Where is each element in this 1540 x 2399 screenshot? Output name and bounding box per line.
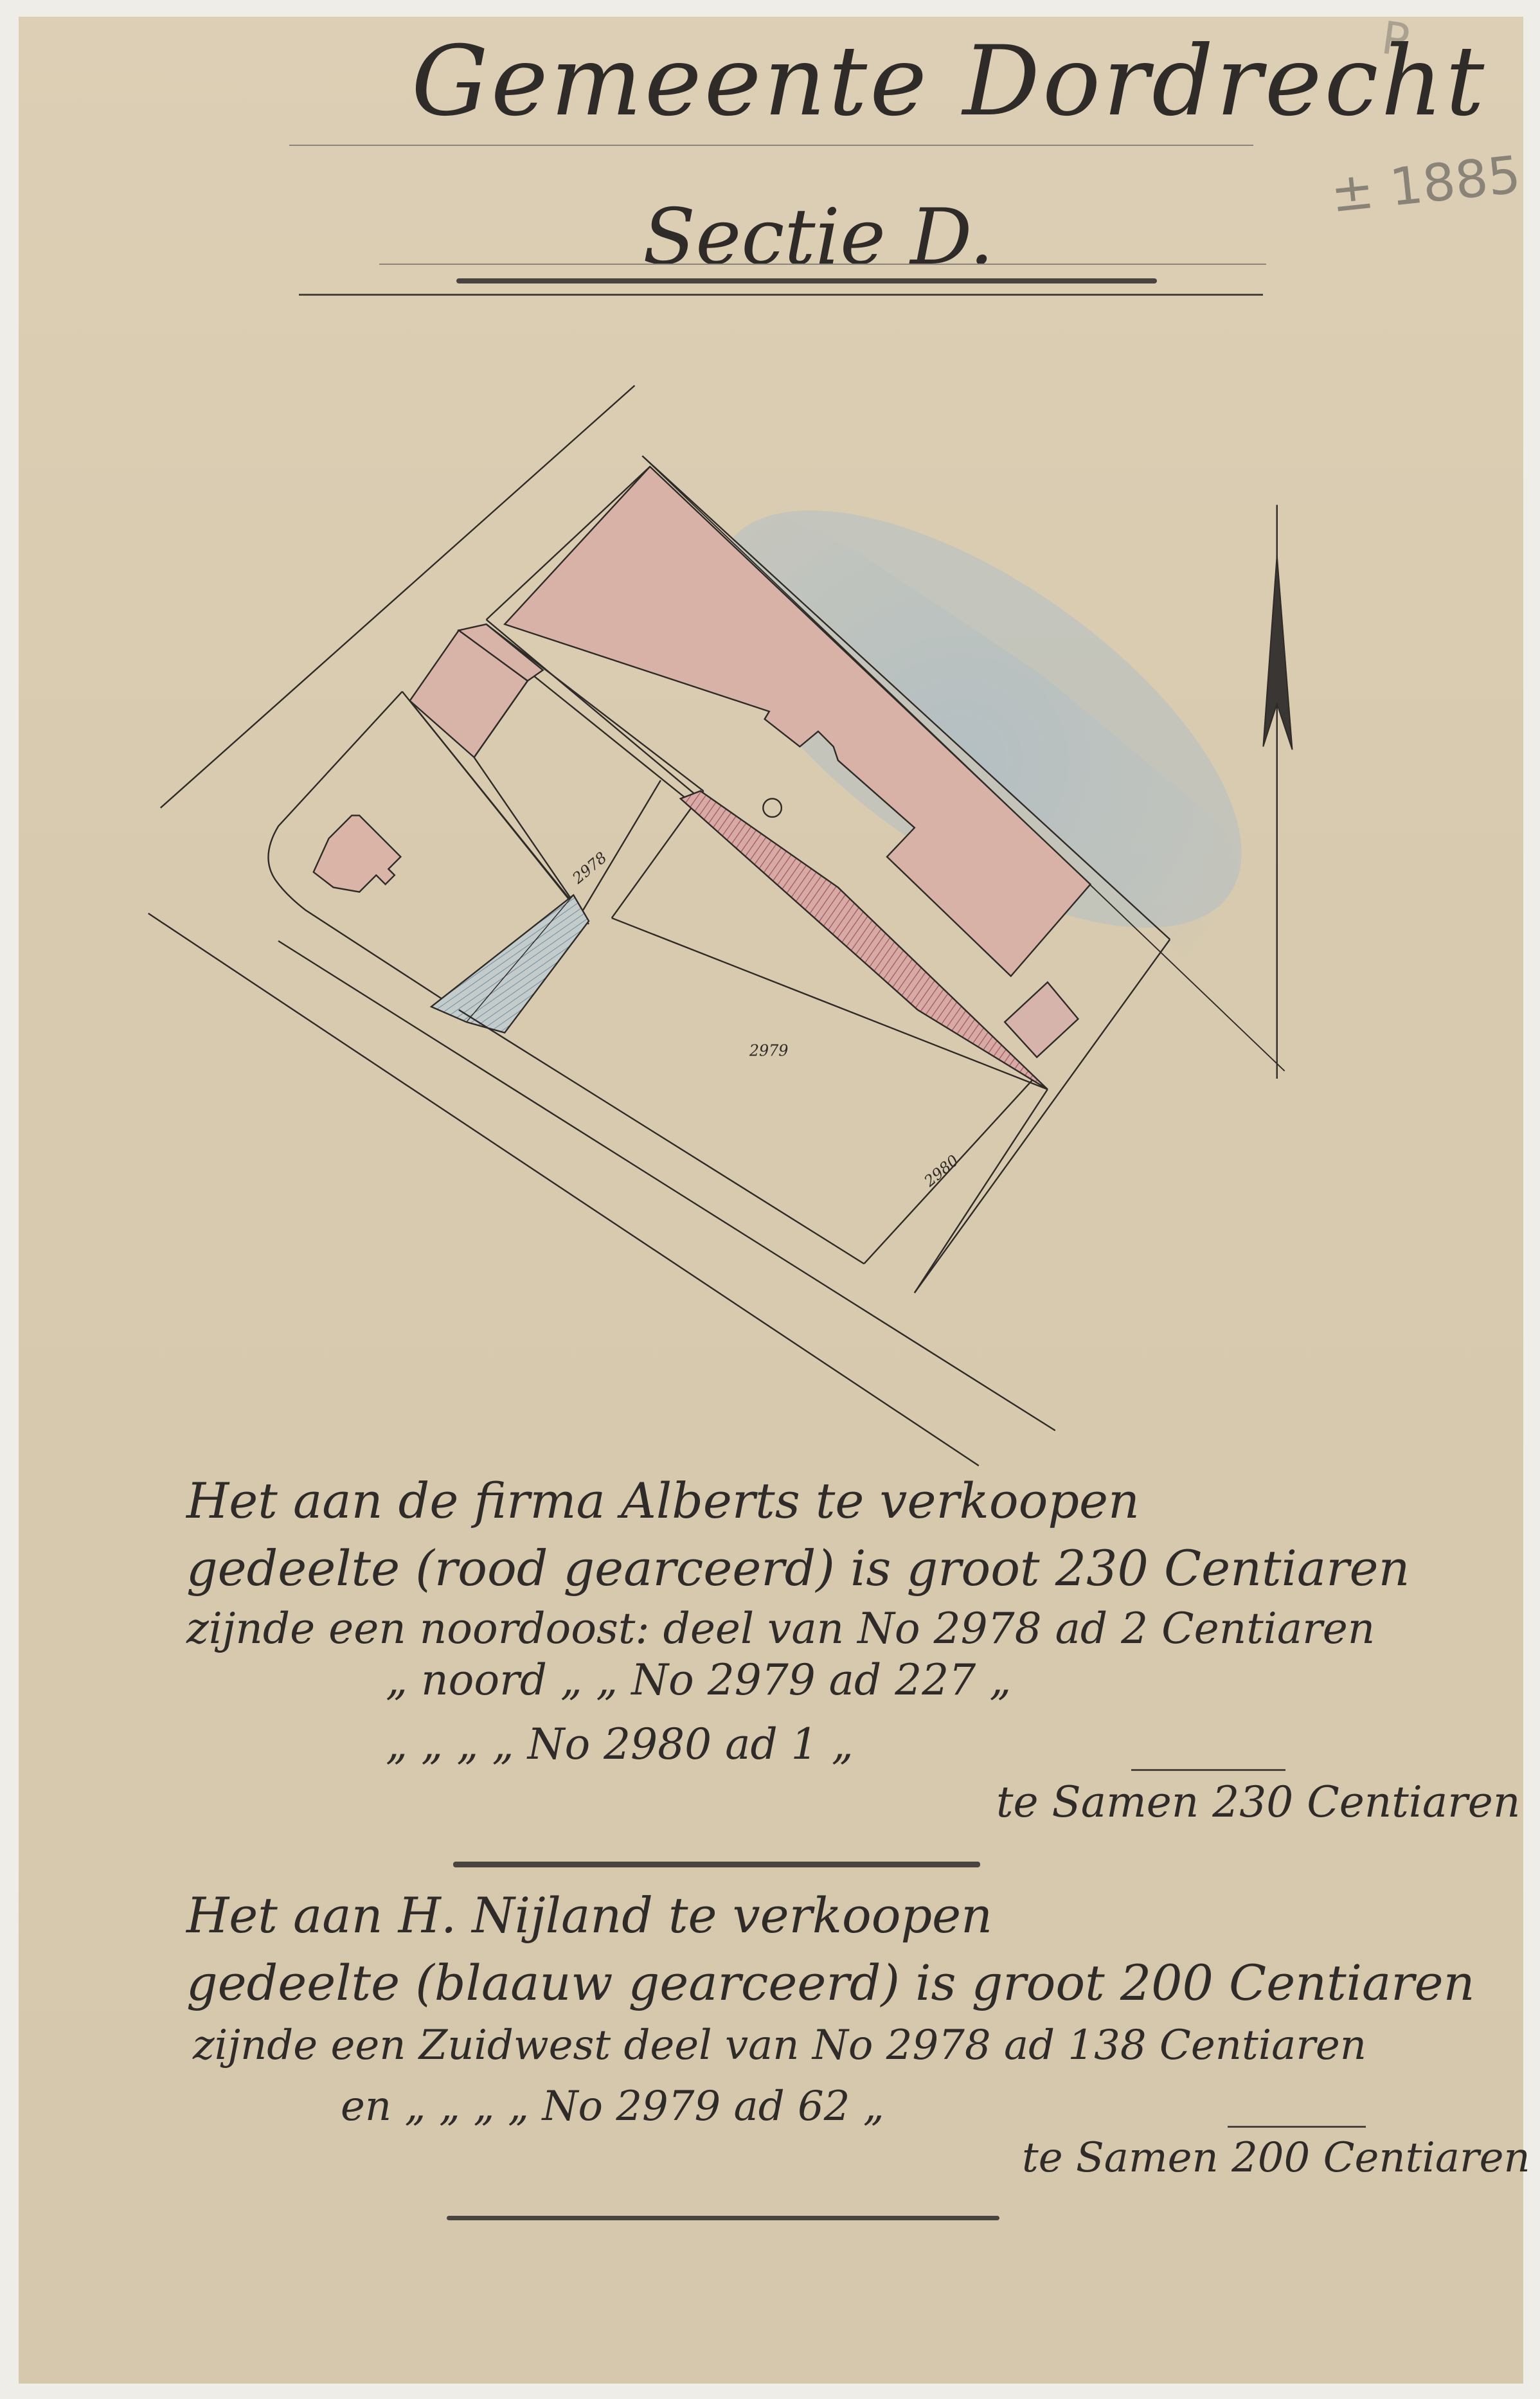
- albert-line-2: gedeelte (rood gearceerd) is groot 230 C…: [186, 1540, 1410, 1597]
- albert-line-4: „ noord „ „ No 2979 ad 227 „: [386, 1655, 1011, 1705]
- albert-sum-line: [1131, 1769, 1285, 1771]
- nijland-line-4: en „ „ „ „ No 2979 ad 62 „: [341, 2083, 884, 2130]
- section-divider-2: [447, 2216, 999, 2220]
- albert-total: te Samen 230 Centiaren: [996, 1777, 1520, 1827]
- water-wash: [642, 431, 1308, 1071]
- parcel-blue-hatched: [431, 895, 589, 1032]
- parcel-label-2978: 2978: [568, 849, 610, 888]
- house-building: [314, 816, 401, 892]
- nijland-line-3: zijnde een Zuidwest deel van No 2978 ad …: [193, 2022, 1366, 2069]
- nijland-total: te Samen 200 Centiaren: [1022, 2134, 1530, 2182]
- parcel-label-2979: 2979: [749, 1041, 789, 1059]
- section-divider-1: [453, 1862, 980, 1867]
- albert-line-3: zijnde een noordoost: deel van No 2978 a…: [186, 1604, 1375, 1653]
- albert-line-5: „ „ „ „ No 2980 ad 1 „: [386, 1720, 854, 1769]
- nijland-sum-line: [1228, 2126, 1366, 2128]
- street-line-sw: [148, 913, 979, 1466]
- building-small-pink: [1005, 982, 1078, 1057]
- albert-line-1: Het aan de firma Alberts te verkoopen: [186, 1472, 1140, 1529]
- nijland-line-2: gedeelte (blaauw gearceerd) is groot 200…: [186, 1954, 1475, 2011]
- parcel-label-2980: 2980: [920, 1151, 962, 1191]
- nijland-line-1: Het aan H. Nijland te verkoopen: [186, 1887, 992, 1944]
